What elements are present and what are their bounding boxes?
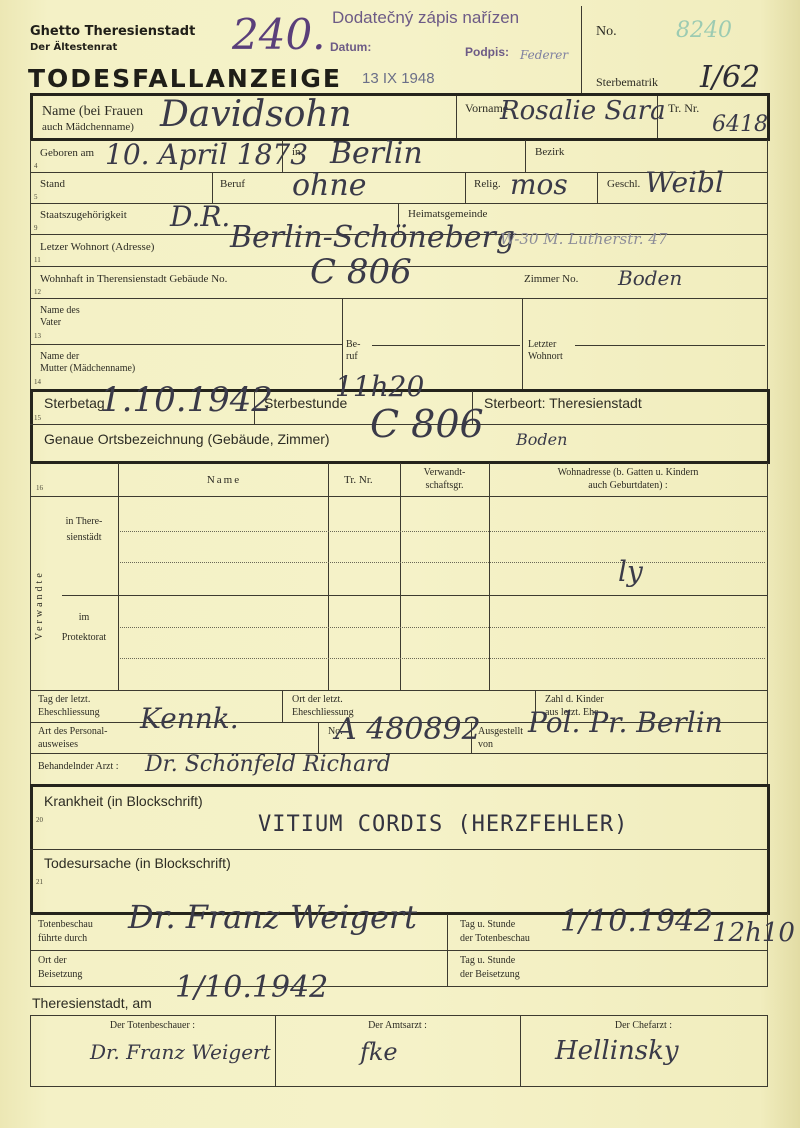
rule (465, 172, 466, 203)
ort-ehe-label: Ort der letzt. (292, 694, 343, 706)
kinder-label: Zahl d. Kinder (545, 694, 604, 706)
no-value: 8240 (676, 18, 732, 43)
rule (522, 298, 523, 390)
rule (30, 849, 768, 850)
handwritten-number: 240. (232, 10, 326, 59)
no-label: No. (596, 24, 617, 39)
page-title: TODESFALLANZEIGE (28, 64, 342, 93)
org-name: Ghetto Theresienstadt (30, 24, 195, 39)
wohnort-label: Letzer Wohnort (Adresse) (40, 241, 154, 253)
arzt-label: Behandelnder Arzt : (38, 761, 119, 773)
council-name: Der Ältestenrat (30, 42, 117, 53)
col-name: Name (120, 474, 328, 486)
rule (30, 950, 768, 951)
geboren-label: Geboren am (40, 147, 94, 159)
sterbeort-label: Sterbeort: Theresienstadt (484, 396, 642, 411)
eltern-beruf-label-2: ruf (346, 351, 358, 363)
tag-beisetzung-label: Tag u. Stunde (460, 955, 515, 967)
sterbetag-value: 1.10.1942 (100, 380, 273, 420)
relatives-mark: ly (618, 555, 643, 588)
col-trnr: Tr. Nr. (344, 474, 373, 486)
stamp-datum-label: Datum: (330, 40, 371, 54)
ortsbezeichnung-value-2: Boden (516, 430, 567, 449)
rule (767, 140, 768, 396)
sig2-value: fke (360, 1038, 398, 1066)
group-protektorat: im (50, 612, 118, 624)
group-theresienstadt: in There- (50, 516, 118, 528)
col-wohnadresse-2: auch Geburtdaten) : (489, 480, 767, 492)
dotted-rule (120, 658, 765, 659)
ausweis-label-2: ausweises (38, 739, 78, 751)
bezirk-label: Bezirk (535, 146, 564, 158)
rule (30, 298, 768, 299)
tag-beisetzung-label-2: der Beisetzung (460, 969, 520, 981)
tag-totenbeschau-label-2: der Totenbeschau (460, 933, 530, 945)
ausgestellt-value: Pol. Pr. Berlin (528, 706, 723, 739)
tag-ehe-label-2: Eheschliessung (38, 707, 100, 719)
rule (30, 986, 768, 987)
ausgestellt-label-2: von (478, 739, 493, 751)
dotted-rule (120, 627, 765, 628)
place-date: 1/10.1942 (175, 970, 328, 1005)
relig-label: Relig. (474, 178, 501, 190)
beisetzung-label-2: Beisetzung (38, 969, 82, 981)
stamp-signature: Federer (520, 48, 568, 62)
beruf-value: ohne (292, 168, 366, 203)
rule (30, 389, 33, 464)
rule (282, 690, 283, 722)
group-protektorat-2: Protektorat (50, 632, 118, 644)
todesursache-label: Todesursache (in Blockschrift) (44, 856, 231, 871)
tag-ehe-label: Tag der letzt. (38, 694, 90, 706)
rule (575, 345, 765, 346)
eltern-beruf-label: Be- (346, 339, 360, 351)
rule (767, 389, 770, 464)
divider (581, 6, 582, 94)
place-label: Theresienstadt, am (32, 996, 152, 1011)
relig-value: mos (510, 168, 568, 201)
in-value: Berlin (330, 136, 423, 171)
rule (489, 463, 490, 690)
staats-value: D.R. (170, 200, 230, 233)
wohnort-value: Berlin-Schöneberg (230, 220, 515, 255)
rule (30, 93, 33, 141)
rule (328, 463, 329, 690)
rule (767, 1015, 768, 1086)
tag-totenbeschau-time: 12h10 (712, 918, 795, 948)
rule (767, 690, 768, 784)
rule (30, 784, 770, 787)
sig3-label: Der Chefarzt : (520, 1020, 767, 1032)
eltern-wohnort-label: Letzter (528, 339, 556, 351)
tag-totenbeschau-label: Tag u. Stunde (460, 919, 515, 931)
rule (456, 96, 457, 138)
stamp-line: Dodatečný zápis nařízen (332, 8, 519, 28)
ortsbezeichnung-value: C 806 (370, 402, 484, 446)
geschl-label: Geschl. (607, 178, 640, 190)
tag-totenbeschau-value: 1/10.1942 (560, 904, 713, 939)
mutter-label: Name der (40, 351, 79, 363)
rule (118, 463, 119, 690)
rule (212, 172, 213, 203)
rule (30, 1015, 768, 1016)
gebaeude-value: C 806 (310, 252, 412, 292)
ausgestellt-label: Ausgestellt (478, 726, 523, 738)
vorname-value: Rosalie Sara (500, 96, 666, 126)
trnr-value: 6418 (712, 112, 768, 137)
rule (30, 344, 342, 345)
rule (30, 753, 768, 754)
rule (30, 1086, 768, 1087)
rule (400, 463, 401, 690)
relatives-side-label: Verwandte (34, 570, 45, 640)
sig1-value: Dr. Franz Weigert (90, 1040, 271, 1064)
ortsbezeichnung-label: Genaue Ortsbezeichnung (Gebäude, Zimmer) (44, 432, 330, 447)
vater-label-2: Vater (40, 317, 61, 329)
sterbetag-label: Sterbetag (44, 396, 105, 411)
rule (30, 496, 768, 497)
col-verwandtschaft: Verwandt- (400, 467, 489, 479)
beisetzung-label: Ort der (38, 955, 67, 967)
name-value: Davidsohn (160, 94, 352, 135)
group-theresienstadt-2: sienstädt (50, 532, 118, 544)
staats-label: Staatszugehörigkeit (40, 209, 127, 221)
rule (62, 595, 768, 596)
krankheit-value: VITIUM CORDIS (HERZFEHLER) (258, 812, 628, 837)
stamp-date: 13 IX 1948 (362, 70, 435, 87)
rule (597, 172, 598, 203)
in-label: in (292, 146, 301, 158)
ausweis-label: Art des Personal- (38, 726, 107, 738)
geboren-value: 10. April 1873 (105, 138, 308, 171)
totenbeschau-label-2: führte durch (38, 933, 87, 945)
krankheit-label: Krankheit (in Blockschrift) (44, 794, 203, 809)
ausweis-value: Kennk. (140, 702, 239, 735)
sig2-label: Der Amtsarzt : (275, 1020, 520, 1032)
vater-label: Name des (40, 305, 80, 317)
mutter-label-2: Mutter (Mädchenname) (40, 363, 135, 375)
rule (30, 690, 768, 691)
sterbematrik-value: I/62 (700, 60, 760, 95)
zimmer-value: Boden (618, 266, 682, 290)
ausweis-no-value: A 480892 (335, 712, 481, 747)
stand-label: Stand (40, 178, 65, 190)
rule (30, 140, 31, 396)
dotted-rule (120, 562, 765, 563)
heimat-label: Heimatsgemeinde (408, 208, 487, 220)
beruf-label: Beruf (220, 178, 245, 190)
rule (318, 722, 319, 753)
wohnort-extra: W-30 M. Lutherstr. 47 (500, 230, 667, 248)
rule (372, 345, 520, 346)
dotted-rule (120, 531, 765, 532)
name-label: Name (bei Frauen (42, 104, 143, 119)
zimmer-label: Zimmer No. (524, 273, 578, 285)
sterbestunde-value: 11h20 (335, 370, 424, 403)
totenbeschau-value: Dr. Franz Weigert (128, 898, 417, 936)
rule (767, 463, 768, 693)
col-wohnadresse: Wohnadresse (b. Gatten u. Kindern (489, 467, 767, 479)
geschl-value: Weibl (645, 166, 724, 199)
eltern-wohnort-label-2: Wohnort (528, 351, 563, 363)
rule (30, 690, 31, 784)
totenbeschau-label: Totenbeschau (38, 919, 93, 931)
rule (282, 140, 283, 172)
name-label-2: auch Mädchenname) (42, 121, 134, 133)
sig1-label: Der Totenbeschauer : (30, 1020, 275, 1032)
gebaeude-label: Wohnhaft in Therensienstadt Gebäude No. (40, 273, 227, 285)
sig3-value: Hellinsky (555, 1036, 679, 1066)
trnr-label: Tr. Nr. (668, 102, 699, 114)
sterbematrik-label: Sterbematrik (596, 76, 658, 88)
rule (30, 203, 768, 204)
rule (30, 463, 31, 693)
stamp-podpis-label: Podpis: (465, 45, 509, 59)
col-verwandtschaft-2: schaftsgr. (400, 480, 489, 492)
arzt-value: Dr. Schönfeld Richard (145, 752, 391, 777)
